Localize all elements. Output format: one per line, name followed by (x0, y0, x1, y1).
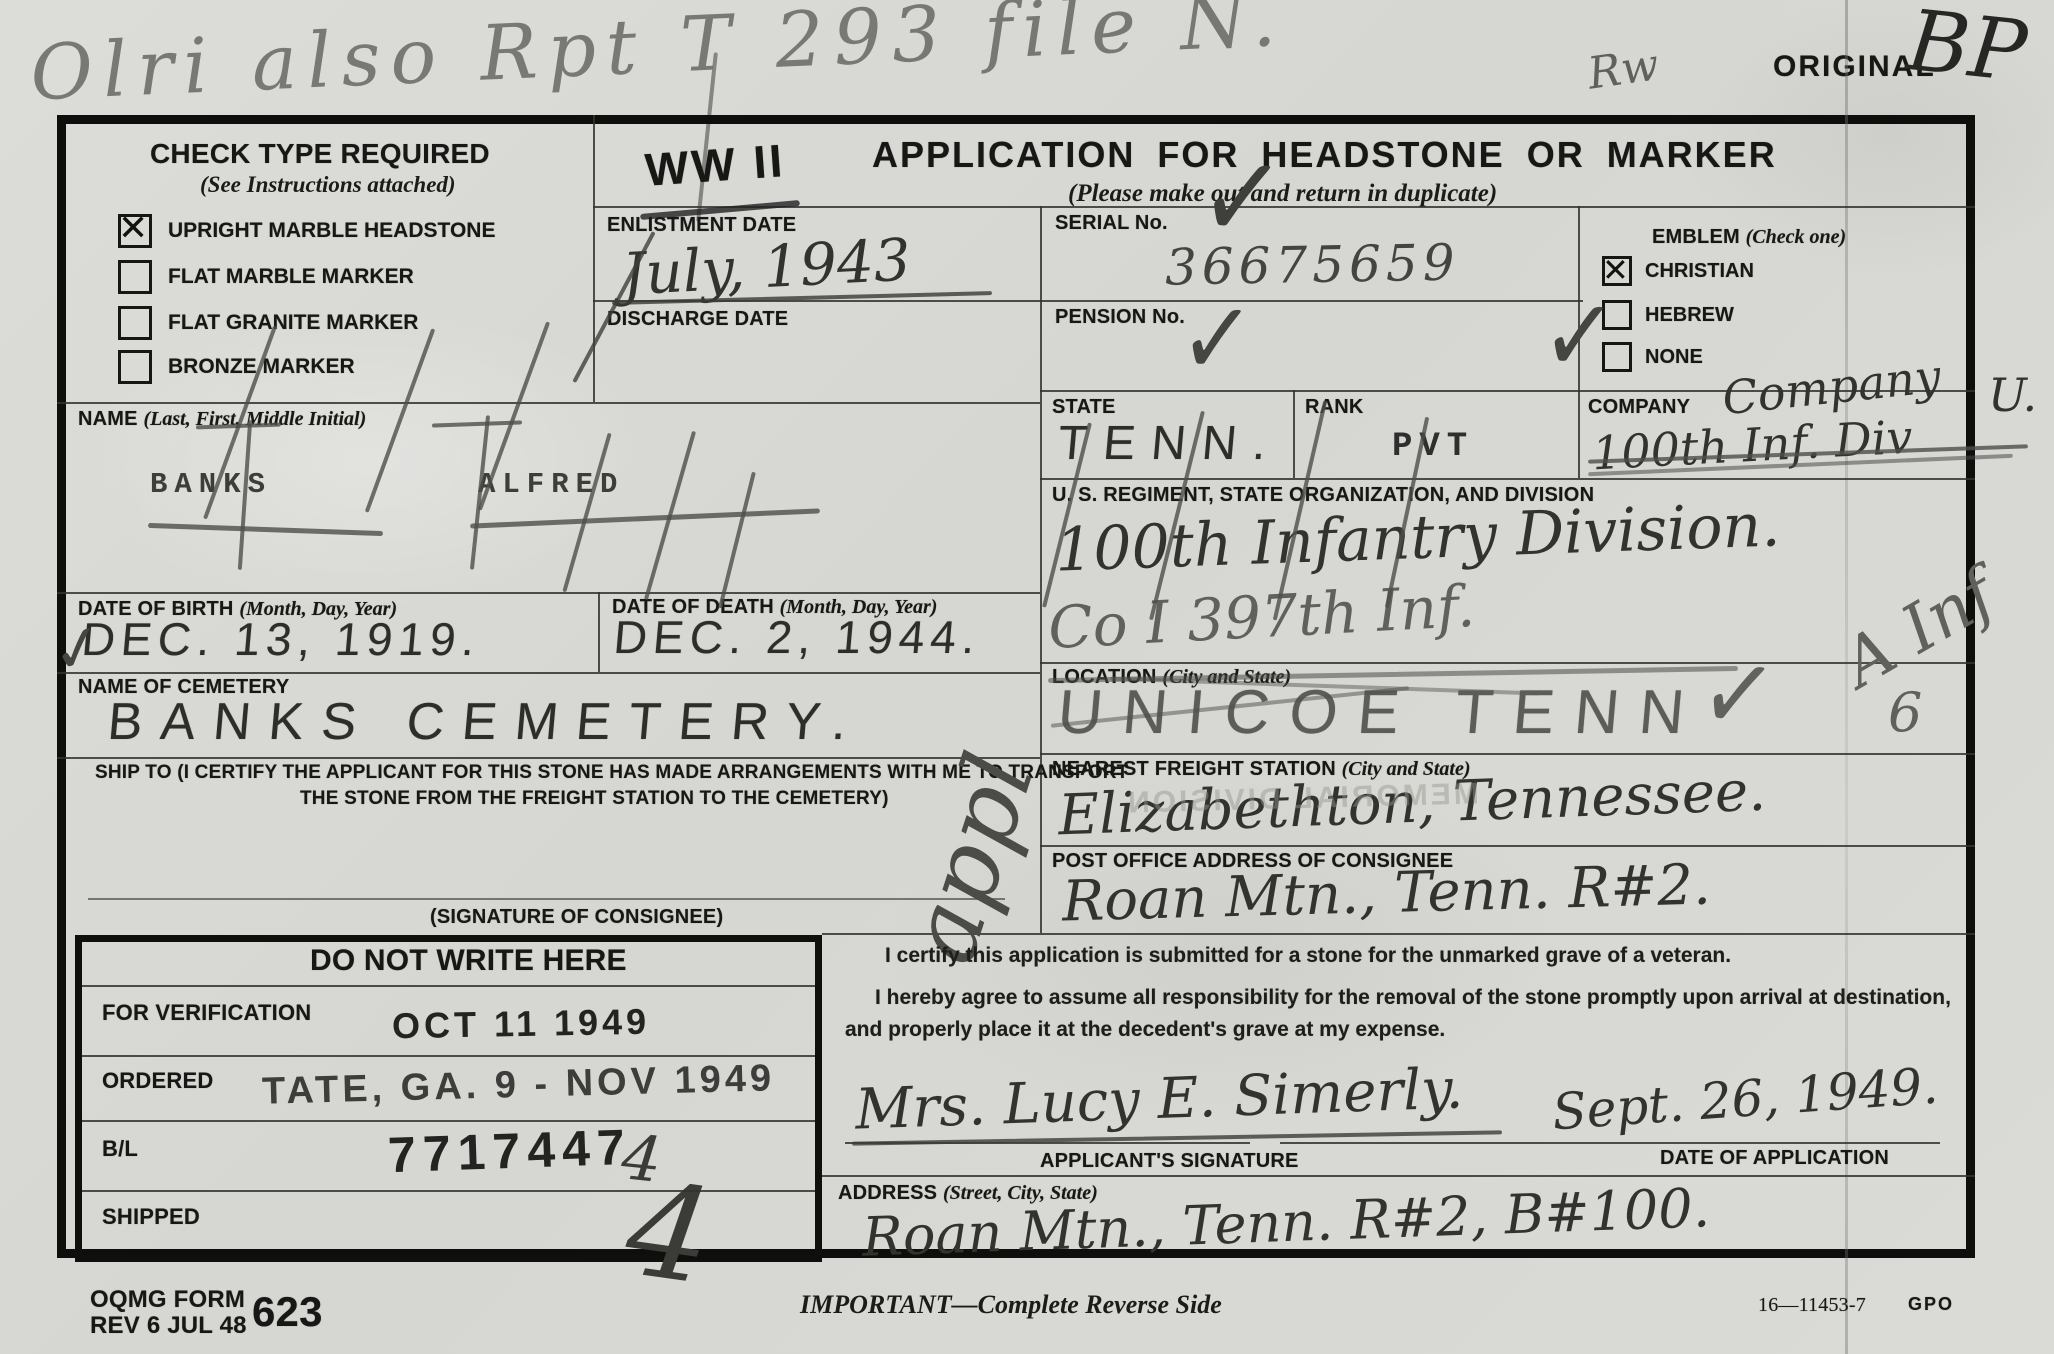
consignee-signature-label: (SIGNATURE OF CONSIGNEE) (430, 906, 723, 929)
rule (57, 672, 1040, 674)
ship-to-label-line2: THE STONE FROM THE FREIGHT STATION TO TH… (300, 788, 889, 810)
scanned-headstone-application-form: Olri also Rpt T 293 file N. Rw ORIGINAL … (0, 0, 2054, 1354)
print-code: 16—11453-7 (1758, 1294, 1866, 1317)
check-type-title: CHECK TYPE REQUIRED (150, 138, 490, 170)
rule (57, 757, 1040, 759)
check-type-subtitle: (See Instructions attached) (200, 172, 456, 198)
rule (57, 592, 1040, 594)
serial-no-label: SERIAL No. (1055, 212, 1168, 235)
emblem-option-hebrew: HEBREW (1602, 300, 1734, 330)
emblem-option-none: NONE (1602, 342, 1703, 372)
form-id-line2: REV 6 JUL 48 (90, 1312, 247, 1340)
rule (82, 1055, 815, 1057)
check-option-flat-marble-marker: FLAT MARBLE MARKER (118, 260, 414, 294)
bl-number-stamp: 7717447 (387, 1122, 632, 1180)
form-id-line1: OQMG FORM (90, 1286, 245, 1314)
rule (57, 402, 1040, 404)
cemetery-value: BANKS CEMETERY. (106, 696, 867, 748)
rule (82, 1120, 815, 1122)
emblem-label-paren: (Check one) (1746, 226, 1847, 248)
check-option-label: UPRIGHT MARBLE HEADSTONE (168, 219, 495, 243)
checkbox-empty (118, 306, 152, 340)
do-not-write-title: DO NOT WRITE HERE (310, 944, 627, 978)
gpo-label: GPO (1908, 1294, 1954, 1315)
check-option-bronze-marker: BRONZE MARKER (118, 350, 355, 384)
rule (598, 592, 600, 672)
top-pencil-note: Olri also Rpt T 293 file N. (29, 0, 1287, 111)
pension-no-label: PENSION No. (1055, 306, 1185, 329)
bl-label: B/L (102, 1136, 138, 1162)
important-note: IMPORTANT—Complete Reverse Side (800, 1290, 1222, 1320)
certification-para2: I hereby agree to assume all responsibil… (845, 982, 1955, 1045)
checkbox-checked: ✕ (118, 214, 152, 248)
emblem-option-label: HEBREW (1645, 304, 1734, 327)
rule (1040, 753, 1975, 755)
check-option-upright-marble-headstone: ✕ UPRIGHT MARBLE HEADSTONE (118, 214, 495, 248)
ordered-label: ORDERED (102, 1068, 213, 1094)
check-option-flat-granite-marker: FLAT GRANITE MARKER (118, 306, 418, 340)
consignee-signature-rule (88, 898, 1005, 900)
emblem-option-label: CHRISTIAN (1645, 260, 1754, 283)
rule (82, 985, 815, 987)
emblem-option-christian: ✕ CHRISTIAN (1602, 256, 1754, 286)
application-date-label: DATE OF APPLICATION (1660, 1147, 1889, 1170)
name-label-text: NAME (78, 408, 138, 430)
address-label-text: ADDRESS (838, 1182, 937, 1204)
po-address-value: Roan Mtn., Tenn. R#2. (1061, 858, 1711, 931)
emblem-label: EMBLEM (Check one) (1652, 226, 1846, 249)
applicant-signature-label: APPLICANT'S SIGNATURE (1040, 1150, 1299, 1173)
checkmark-icon: ✓ (1176, 284, 1257, 394)
shipped-label: SHIPPED (102, 1204, 200, 1230)
date-rule (1280, 1142, 1940, 1144)
date-of-death-value: DEC. 2, 1944. (612, 614, 983, 660)
company-label: COMPANY (1588, 396, 1690, 419)
rule (1293, 390, 1295, 478)
rule (1040, 845, 1975, 847)
for-verification-label: FOR VERIFICATION (102, 1000, 311, 1026)
emblem-option-label: NONE (1645, 346, 1703, 369)
enlistment-date-value: July, 1943 (621, 230, 912, 303)
rank-value: PVT (1392, 428, 1474, 466)
rank-label: RANK (1305, 396, 1364, 419)
check-option-label: FLAT MARBLE MARKER (168, 265, 414, 289)
x-mark-icon: ✕ (118, 208, 148, 249)
discharge-date-label: DISCHARGE DATE (607, 308, 788, 331)
date-of-birth-value: DEC. 13, 1919. (80, 616, 483, 662)
emblem-label-text: EMBLEM (1652, 226, 1740, 248)
margin-pencil-number: 6 (1888, 686, 1922, 740)
top-pencil-mark: Rw (1585, 43, 1661, 96)
checkbox-empty (118, 260, 152, 294)
checkmark-icon: ✓ (1538, 281, 1619, 391)
rule (1040, 478, 1975, 480)
state-label: STATE (1052, 396, 1116, 419)
original-pencil-scrawl: BP (1904, 0, 2030, 94)
company-margin-note: U. (1988, 372, 2037, 418)
rule (82, 1190, 815, 1192)
war-designation-stamp: WW II (643, 133, 787, 197)
check-option-label: FLAT GRANITE MARKER (168, 311, 418, 335)
name-first-value: ALFRED (478, 468, 624, 501)
certification-para1: I certify this application is submitted … (885, 944, 1955, 968)
bl-handwritten-digit-large: 4 (619, 1163, 719, 1303)
rule (1040, 662, 1975, 664)
form-title: APPLICATION FOR HEADSTONE OR MARKER (872, 134, 1777, 176)
verification-date-stamp: OCT 11 1949 (392, 1004, 651, 1044)
checkbox-empty (118, 350, 152, 384)
rule (593, 115, 595, 402)
form-number: 623 (252, 1288, 323, 1336)
rule (822, 1175, 1975, 1177)
checkmark-icon: ✓ (1194, 134, 1290, 262)
